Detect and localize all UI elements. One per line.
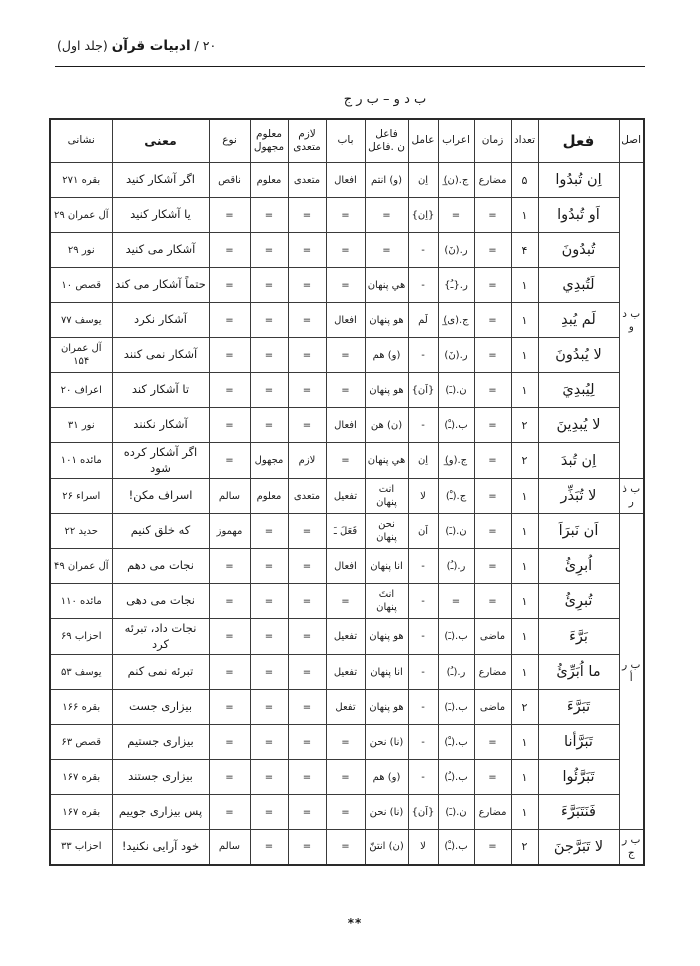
cell-verb: لا تَبَرَّجنَ bbox=[538, 830, 619, 865]
cell-reference: احزاب ۶۹ bbox=[50, 619, 112, 655]
cell-transitivity: = bbox=[288, 514, 326, 549]
cell-tense: = bbox=[474, 584, 511, 619]
cell-verb: اَو تُبدُوا bbox=[538, 198, 619, 233]
cell-voice: = bbox=[250, 760, 288, 795]
cell-irab: ن.(ـَ) bbox=[438, 514, 474, 549]
cell-reference: یوسف ۷۷ bbox=[50, 303, 112, 338]
cell-meaning: اگر آشکار کنید bbox=[112, 163, 209, 198]
cell-transitivity: = bbox=[288, 795, 326, 830]
cell-reference: نور ۲۹ bbox=[50, 233, 112, 268]
volume-label: (جلد اول) bbox=[57, 38, 112, 53]
cell-meaning: اسراف مکن! bbox=[112, 479, 209, 514]
cell-subject: (و) هم bbox=[365, 338, 408, 373]
cell-verb: لا يُبدُونَ bbox=[538, 338, 619, 373]
cell-subject: (نا) نحن bbox=[365, 795, 408, 830]
cell-subject: انت پنهان bbox=[365, 479, 408, 514]
cell-irab: ر.{ـُ} bbox=[438, 268, 474, 303]
cell-tense: = bbox=[474, 514, 511, 549]
cell-reference: آل عمران ۴۹ bbox=[50, 549, 112, 584]
table-row: لِيُبدِيَ۱=ن.(ـَ){اَن}هو پنهان====تا آشک… bbox=[50, 373, 644, 408]
cell-transitivity: = bbox=[288, 584, 326, 619]
cell-tense: = bbox=[474, 830, 511, 865]
cell-irab: ج.(ی̲) bbox=[438, 303, 474, 338]
cell-reference: اسراء ۲۶ bbox=[50, 479, 112, 514]
cell-bab: تفعیل bbox=[326, 479, 365, 514]
cell-count: ۲ bbox=[511, 690, 538, 725]
cell-irab: ج.(ن̲) bbox=[438, 163, 474, 198]
cell-subject: هو پنهان bbox=[365, 373, 408, 408]
cell-agent: - bbox=[408, 233, 438, 268]
header-type: نوع bbox=[209, 119, 250, 163]
cell-voice: معلوم bbox=[250, 163, 288, 198]
cell-subject: انا پنهان bbox=[365, 549, 408, 584]
cell-subject: = bbox=[365, 198, 408, 233]
cell-count: ۱ bbox=[511, 373, 538, 408]
cell-reference: اعراف ۲۰ bbox=[50, 373, 112, 408]
cell-voice: = bbox=[250, 619, 288, 655]
cell-transitivity: = bbox=[288, 655, 326, 690]
cell-bab: = bbox=[326, 233, 365, 268]
cell-voice: = bbox=[250, 514, 288, 549]
cell-verb: ما اُبَرِّئُ bbox=[538, 655, 619, 690]
cell-bab: = bbox=[326, 725, 365, 760]
cell-agent: - bbox=[408, 268, 438, 303]
cell-voice: = bbox=[250, 725, 288, 760]
cell-type: = bbox=[209, 303, 250, 338]
cell-type: سالم bbox=[209, 479, 250, 514]
cell-bab: = bbox=[326, 443, 365, 479]
cell-count: ۱ bbox=[511, 760, 538, 795]
cell-agent: - bbox=[408, 549, 438, 584]
cell-agent: - bbox=[408, 584, 438, 619]
cell-count: ۱ bbox=[511, 549, 538, 584]
cell-count: ۱ bbox=[511, 584, 538, 619]
cell-tense: = bbox=[474, 338, 511, 373]
cell-transitivity: = bbox=[288, 619, 326, 655]
cell-bab: تفعل bbox=[326, 690, 365, 725]
header-agent: عامل bbox=[408, 119, 438, 163]
cell-irab: ر.(ـُ) bbox=[438, 549, 474, 584]
cell-transitivity: = bbox=[288, 233, 326, 268]
page-number: ۲۰ / bbox=[191, 38, 217, 53]
table-row: بَرَّءَ۱ماضیب.(ـَ)-هو پنهانتفعیل===نجات … bbox=[50, 619, 644, 655]
cell-type: = bbox=[209, 760, 250, 795]
cell-verb: فَنَتَبَرَّءَ bbox=[538, 795, 619, 830]
cell-agent: {اَن} bbox=[408, 373, 438, 408]
cell-verb: لَتُبدِي bbox=[538, 268, 619, 303]
cell-agent: لا bbox=[408, 830, 438, 865]
cell-verb: تُبدُونَ bbox=[538, 233, 619, 268]
cell-type: = bbox=[209, 795, 250, 830]
cell-subject: هو پنهان bbox=[365, 690, 408, 725]
table-row: تَبَرَّئُوا۱=ب.(ـُ)-(و) هم====بیزاری جست… bbox=[50, 760, 644, 795]
table-row: لَتُبدِي۱=ر.{ـُ}-هي پنهان====حتماً آشکار… bbox=[50, 268, 644, 303]
cell-irab: ب.(ـُ) bbox=[438, 760, 474, 795]
cell-subject: انتَ پنهان bbox=[365, 584, 408, 619]
cell-voice: = bbox=[250, 584, 288, 619]
cell-transitivity: متعدی bbox=[288, 479, 326, 514]
cell-tense: = bbox=[474, 549, 511, 584]
cell-meaning: آشکار نمی کنند bbox=[112, 338, 209, 373]
verb-table-body: ب د واِن تُبدُوا۵مضارعج.(ن̲)اِن(و) انتما… bbox=[50, 163, 644, 865]
cell-reference: بقره ۱۶۷ bbox=[50, 795, 112, 830]
cell-transitivity: = bbox=[288, 549, 326, 584]
cell-transitivity: = bbox=[288, 408, 326, 443]
cell-tense: = bbox=[474, 198, 511, 233]
cell-type: = bbox=[209, 619, 250, 655]
cell-agent: - bbox=[408, 760, 438, 795]
cell-tense: = bbox=[474, 408, 511, 443]
cell-irab: ب.(ـَ) bbox=[438, 619, 474, 655]
cell-meaning: نجات می دهی bbox=[112, 584, 209, 619]
cell-irab: ن.(ـَ) bbox=[438, 373, 474, 408]
book-title: ادبیات قرآن bbox=[112, 38, 191, 54]
cell-subject: (و) هم bbox=[365, 760, 408, 795]
cell-irab: ب.(ـْ) bbox=[438, 408, 474, 443]
cell-verb: اَن نَبرَاَ bbox=[538, 514, 619, 549]
header-bab: باب bbox=[326, 119, 365, 163]
cell-subject: (ن) انتنّ bbox=[365, 830, 408, 865]
cell-voice: = bbox=[250, 408, 288, 443]
header-tense: زمان bbox=[474, 119, 511, 163]
table-row: لا يُبدُونَ۱=ر.(نَ)-(و) هم====آشکار نمی … bbox=[50, 338, 644, 373]
cell-root: ب د و bbox=[619, 163, 644, 479]
cell-bab: = bbox=[326, 198, 365, 233]
cell-count: ۱ bbox=[511, 795, 538, 830]
verb-conjugation-table: اصل فعل تعداد زمان اعراب عامل فاعل ن .فا… bbox=[49, 118, 645, 866]
cell-verb: لِيُبدِيَ bbox=[538, 373, 619, 408]
cell-meaning: یا آشکار کنید bbox=[112, 198, 209, 233]
cell-tense: مضارع bbox=[474, 163, 511, 198]
cell-transitivity: = bbox=[288, 303, 326, 338]
cell-irab: ر.(ـُ) bbox=[438, 655, 474, 690]
cell-voice: = bbox=[250, 373, 288, 408]
header-count: تعداد bbox=[511, 119, 538, 163]
cell-reference: احزاب ۳۳ bbox=[50, 830, 112, 865]
table-row: فَنَتَبَرَّءَ۱مضارعن.(ـَ){اَن}(نا) نحن==… bbox=[50, 795, 644, 830]
cell-tense: = bbox=[474, 373, 511, 408]
table-row: تَبَرَّأنا۱=ب.(ـْ)-(نا) نحن====بیزاری جس… bbox=[50, 725, 644, 760]
cell-voice: = bbox=[250, 198, 288, 233]
cell-tense: = bbox=[474, 479, 511, 514]
cell-transitivity: = bbox=[288, 830, 326, 865]
cell-irab: ن.(ـَ) bbox=[438, 795, 474, 830]
cell-type: ناقص bbox=[209, 163, 250, 198]
cell-agent: - bbox=[408, 408, 438, 443]
cell-voice: = bbox=[250, 655, 288, 690]
running-head: ۲۰ / ادبیات قرآن (جلد اول) bbox=[57, 38, 643, 54]
cell-subject: = bbox=[365, 233, 408, 268]
cell-agent: - bbox=[408, 690, 438, 725]
table-row: اِن تُبدَ۲=ج.(و̲)اِنهي پنهان=لازممجهول=ا… bbox=[50, 443, 644, 479]
cell-irab: ب.(ـْ) bbox=[438, 830, 474, 865]
cell-subject: هي پنهان bbox=[365, 443, 408, 479]
header-meaning: معنی bbox=[112, 119, 209, 163]
header-reference: نشانی bbox=[50, 119, 112, 163]
header-irab: اعراب bbox=[438, 119, 474, 163]
cell-tense: = bbox=[474, 303, 511, 338]
cell-bab: افعال bbox=[326, 303, 365, 338]
cell-type: سالم bbox=[209, 830, 250, 865]
cell-type: = bbox=[209, 725, 250, 760]
cell-verb: لا تُبَذِّر bbox=[538, 479, 619, 514]
table-row: اَو تُبدُوا۱=={اِن}=====یا آشکار کنیدآل … bbox=[50, 198, 644, 233]
table-row: تُبرِئُ۱==-انتَ پنهان====نجات می دهیمائد… bbox=[50, 584, 644, 619]
cell-transitivity: = bbox=[288, 198, 326, 233]
cell-verb: اِن تُبدَ bbox=[538, 443, 619, 479]
cell-bab: = bbox=[326, 373, 365, 408]
cell-tense: = bbox=[474, 233, 511, 268]
cell-count: ۲ bbox=[511, 408, 538, 443]
cell-voice: = bbox=[250, 795, 288, 830]
header-root: اصل bbox=[619, 119, 644, 163]
cell-tense: مضارع bbox=[474, 655, 511, 690]
cell-subject: هو پنهان bbox=[365, 619, 408, 655]
cell-bab: افعال bbox=[326, 549, 365, 584]
cell-meaning: پس بیزاری جوییم bbox=[112, 795, 209, 830]
cell-voice: = bbox=[250, 233, 288, 268]
cell-type: = bbox=[209, 443, 250, 479]
cell-irab: ر.(نَ) bbox=[438, 233, 474, 268]
cell-meaning: نجات داد، تبرئه کرد bbox=[112, 619, 209, 655]
cell-meaning: آشکار نکنند bbox=[112, 408, 209, 443]
cell-reference: یوسف ۵۳ bbox=[50, 655, 112, 690]
cell-reference: قصص ۶۳ bbox=[50, 725, 112, 760]
cell-irab: ر.(نَ) bbox=[438, 338, 474, 373]
cell-voice: = bbox=[250, 690, 288, 725]
cell-bab: = bbox=[326, 584, 365, 619]
cell-reference: بقره ۱۶۷ bbox=[50, 760, 112, 795]
cell-voice: = bbox=[250, 268, 288, 303]
cell-reference: بقره ۱۶۶ bbox=[50, 690, 112, 725]
cell-transitivity: = bbox=[288, 725, 326, 760]
cell-reference: نور ۳۱ bbox=[50, 408, 112, 443]
table-row: لا يُبدِينَ۲=ب.(ـْ)-(ن) هنافعال===آشکار … bbox=[50, 408, 644, 443]
cell-meaning: بیزاری جستیم bbox=[112, 725, 209, 760]
cell-verb: بَرَّءَ bbox=[538, 619, 619, 655]
cell-subject: انا پنهان bbox=[365, 655, 408, 690]
cell-subject: (نا) نحن bbox=[365, 725, 408, 760]
cell-agent: - bbox=[408, 725, 438, 760]
cell-count: ۵ bbox=[511, 163, 538, 198]
cell-count: ۱ bbox=[511, 268, 538, 303]
table-row: تُبدُونَ۴=ر.(نَ)-=====آشکار می کنیدنور ۲… bbox=[50, 233, 644, 268]
cell-reference: بقره ۲۷۱ bbox=[50, 163, 112, 198]
cell-irab: ب.(ـَ) bbox=[438, 690, 474, 725]
cell-verb: لا يُبدِينَ bbox=[538, 408, 619, 443]
cell-type: = bbox=[209, 655, 250, 690]
cell-meaning: اگر آشکار کرده شود bbox=[112, 443, 209, 479]
cell-agent: اِن bbox=[408, 443, 438, 479]
cell-irab: ج.(ـْ) bbox=[438, 479, 474, 514]
cell-reference: آل عمران ۱۵۴ bbox=[50, 338, 112, 373]
cell-agent: - bbox=[408, 655, 438, 690]
cell-type: = bbox=[209, 198, 250, 233]
table-row: ب ر جلا تَبَرَّجنَ۲=ب.(ـْ)لا(ن) انتنّ===… bbox=[50, 830, 644, 865]
cell-transitivity: = bbox=[288, 690, 326, 725]
cell-meaning: حتماً آشکار می کند bbox=[112, 268, 209, 303]
header-transitivity: لازم متعدی bbox=[288, 119, 326, 163]
cell-reference: حدید ۲۲ bbox=[50, 514, 112, 549]
cell-transitivity: لازم bbox=[288, 443, 326, 479]
footer-mark: ** bbox=[10, 916, 700, 930]
cell-bab: = bbox=[326, 830, 365, 865]
cell-transitivity: متعدی bbox=[288, 163, 326, 198]
cell-bab: افعال bbox=[326, 408, 365, 443]
cell-voice: = bbox=[250, 830, 288, 865]
cell-count: ۱ bbox=[511, 198, 538, 233]
cell-meaning: نجات می دهم bbox=[112, 549, 209, 584]
cell-agent: لَم bbox=[408, 303, 438, 338]
cell-verb: تَبَرَّأنا bbox=[538, 725, 619, 760]
cell-bab: فَعَلَ ـَ bbox=[326, 514, 365, 549]
cell-count: ۱ bbox=[511, 303, 538, 338]
cell-count: ۱ bbox=[511, 338, 538, 373]
cell-type: = bbox=[209, 268, 250, 303]
cell-subject: هي پنهان bbox=[365, 268, 408, 303]
cell-meaning: بیزاری جست bbox=[112, 690, 209, 725]
cell-type: = bbox=[209, 408, 250, 443]
cell-verb: تُبرِئُ bbox=[538, 584, 619, 619]
cell-tense: ماضی bbox=[474, 619, 511, 655]
cell-bab: تفعیل bbox=[326, 619, 365, 655]
cell-root: ب ر أ bbox=[619, 514, 644, 830]
cell-transitivity: = bbox=[288, 268, 326, 303]
header-verb: فعل bbox=[538, 119, 619, 163]
table-row: تَبَرَّءَ۲ماضیب.(ـَ)-هو پنهانتفعل===بیزا… bbox=[50, 690, 644, 725]
cell-count: ۲ bbox=[511, 830, 538, 865]
cell-type: = bbox=[209, 584, 250, 619]
cell-verb: تَبَرَّئُوا bbox=[538, 760, 619, 795]
cell-bab: افعال bbox=[326, 163, 365, 198]
cell-tense: = bbox=[474, 443, 511, 479]
cell-meaning: بیزاری جستند bbox=[112, 760, 209, 795]
cell-tense: مضارع bbox=[474, 795, 511, 830]
cell-count: ۱ bbox=[511, 655, 538, 690]
cell-transitivity: = bbox=[288, 760, 326, 795]
header-subject: فاعل ن .فاعل bbox=[365, 119, 408, 163]
cell-type: = bbox=[209, 549, 250, 584]
cell-type: = bbox=[209, 233, 250, 268]
cell-root: ب ذ ر bbox=[619, 479, 644, 514]
cell-voice: مجهول bbox=[250, 443, 288, 479]
cell-root: ب ر ج bbox=[619, 830, 644, 865]
cell-voice: = bbox=[250, 338, 288, 373]
cell-bab: تفعیل bbox=[326, 655, 365, 690]
cell-meaning: خود آرایی نکنید! bbox=[112, 830, 209, 865]
cell-bab: = bbox=[326, 338, 365, 373]
cell-agent: اَن bbox=[408, 514, 438, 549]
cell-subject: (ن) هن bbox=[365, 408, 408, 443]
cell-count: ۲ bbox=[511, 443, 538, 479]
cell-type: = bbox=[209, 373, 250, 408]
cell-reference: آل عمران ۲۹ bbox=[50, 198, 112, 233]
cell-voice: معلوم bbox=[250, 479, 288, 514]
cell-count: ۱ bbox=[511, 725, 538, 760]
cell-voice: = bbox=[250, 303, 288, 338]
table-row: ب د واِن تُبدُوا۵مضارعج.(ن̲)اِن(و) انتما… bbox=[50, 163, 644, 198]
cell-count: ۱ bbox=[511, 479, 538, 514]
cell-type: = bbox=[209, 338, 250, 373]
cell-agent: - bbox=[408, 619, 438, 655]
cell-agent: {اَن} bbox=[408, 795, 438, 830]
cell-reference: قصص ۱۰ bbox=[50, 268, 112, 303]
table-row: ما اُبَرِّئُ۱مضارعر.(ـُ)-انا پنهانتفعیل=… bbox=[50, 655, 644, 690]
book-page: ۲۰ / ادبیات قرآن (جلد اول) ب د و – ب ر ج… bbox=[0, 0, 700, 966]
cell-transitivity: = bbox=[288, 373, 326, 408]
cell-subject: هو پنهان bbox=[365, 303, 408, 338]
header-divider bbox=[55, 66, 645, 67]
cell-agent: اِن bbox=[408, 163, 438, 198]
cell-subject: نحن پنهان bbox=[365, 514, 408, 549]
cell-tense: = bbox=[474, 725, 511, 760]
cell-irab: = bbox=[438, 584, 474, 619]
cell-agent: {اِن} bbox=[408, 198, 438, 233]
cell-count: ۱ bbox=[511, 619, 538, 655]
cell-agent: - bbox=[408, 338, 438, 373]
cell-meaning: تا آشکار کند bbox=[112, 373, 209, 408]
table-row: ب ذ رلا تُبَذِّر۱=ج.(ـْ)لاانت پنهانتفعیل… bbox=[50, 479, 644, 514]
cell-type: مهموز bbox=[209, 514, 250, 549]
header-voice: معلوم مجهول bbox=[250, 119, 288, 163]
cell-verb: اِن تُبدُوا bbox=[538, 163, 619, 198]
cell-meaning: آشکار نکرد bbox=[112, 303, 209, 338]
cell-tense: = bbox=[474, 268, 511, 303]
cell-agent: لا bbox=[408, 479, 438, 514]
cell-meaning: تبرئه نمی کنم bbox=[112, 655, 209, 690]
cell-count: ۴ bbox=[511, 233, 538, 268]
cell-bab: = bbox=[326, 795, 365, 830]
cell-meaning: آشکار می کنید bbox=[112, 233, 209, 268]
table-row: اُبرِئُ۱=ر.(ـُ)-انا پنهانافعال===نجات می… bbox=[50, 549, 644, 584]
section-title: ب د و – ب ر ج bbox=[70, 92, 700, 107]
table-header-row: اصل فعل تعداد زمان اعراب عامل فاعل ن .فا… bbox=[50, 119, 644, 163]
cell-voice: = bbox=[250, 549, 288, 584]
cell-reference: مائده ۱۱۰ bbox=[50, 584, 112, 619]
cell-irab: = bbox=[438, 198, 474, 233]
cell-type: = bbox=[209, 690, 250, 725]
cell-irab: ب.(ـْ) bbox=[438, 725, 474, 760]
cell-count: ۱ bbox=[511, 514, 538, 549]
cell-reference: مائده ۱۰۱ bbox=[50, 443, 112, 479]
cell-transitivity: = bbox=[288, 338, 326, 373]
cell-bab: = bbox=[326, 268, 365, 303]
cell-verb: اُبرِئُ bbox=[538, 549, 619, 584]
cell-tense: = bbox=[474, 760, 511, 795]
cell-subject: (و) انتم bbox=[365, 163, 408, 198]
cell-bab: = bbox=[326, 760, 365, 795]
cell-verb: تَبَرَّءَ bbox=[538, 690, 619, 725]
cell-tense: ماضی bbox=[474, 690, 511, 725]
cell-irab: ج.(و̲) bbox=[438, 443, 474, 479]
cell-verb: لَم يُبدِ bbox=[538, 303, 619, 338]
cell-meaning: که خلق کنیم bbox=[112, 514, 209, 549]
table-row: ب ر أاَن نَبرَاَ۱=ن.(ـَ)اَننحن پنهانفَعَ… bbox=[50, 514, 644, 549]
table-row: لَم يُبدِ۱=ج.(ی̲)لَمهو پنهانافعال===آشکا… bbox=[50, 303, 644, 338]
